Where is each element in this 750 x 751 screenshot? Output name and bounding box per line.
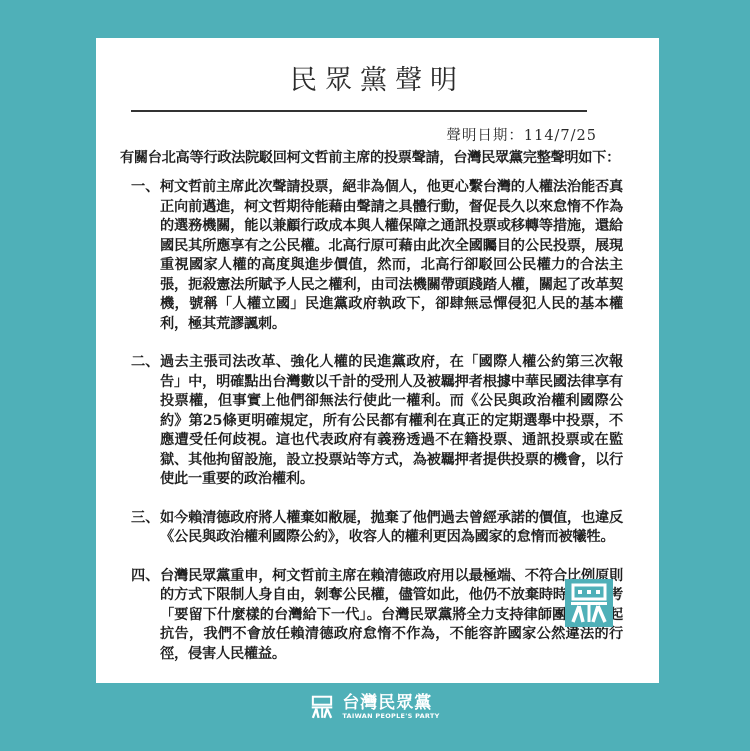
tpp-logo-icon <box>310 695 334 719</box>
item-text: 如今賴清德政府將人權棄如敝屣，拋棄了他們過去曾經承諾的價值，也違反《公民與政治權… <box>160 509 623 548</box>
item-text: 過去主張司法改革、強化人權的民進黨政府，在「國際人權公約第三次報告」中，明確點出… <box>160 353 623 490</box>
party-name-en: TAIWAN PEOPLE'S PARTY <box>342 712 439 720</box>
footer-brand: 台灣民眾黨 TAIWAN PEOPLE'S PARTY <box>0 694 750 720</box>
statement-panel: 民眾黨聲明 聲明日期：114/7/25 有關台北高等行政法院駁回柯文哲前主席的投… <box>96 38 659 683</box>
statement-item: 二、 過去主張司法改革、強化人權的民進黨政府，在「國際人權公約第三次報告」中，明… <box>131 353 623 490</box>
statement-date: 聲明日期：114/7/25 <box>446 124 597 145</box>
title-divider <box>131 110 587 112</box>
party-name-zh: 台灣民眾黨 <box>342 694 439 712</box>
statement-item: 四、 台灣民眾黨重申，柯文哲前主席在賴清德政府用以最極端、不符合比例原則的方式下… <box>131 567 623 665</box>
page-title: 民眾黨聲明 <box>96 58 659 97</box>
item-number: 四、 <box>131 567 160 665</box>
item-text: 柯文哲前主席此次聲請投票，絕非為個人，他更心繫台灣的人權法治能否真正向前邁進，柯… <box>160 178 623 334</box>
statement-intro: 有關台北高等行政法院駁回柯文哲前主席的投票聲請，台灣民眾黨完整聲明如下： <box>120 147 640 167</box>
item-number: 一、 <box>131 178 160 334</box>
item-number: 三、 <box>131 509 160 548</box>
statement-items: 一、 柯文哲前主席此次聲請投票，絕非為個人，他更心繫台灣的人權法治能否真正向前邁… <box>131 178 623 683</box>
item-number: 二、 <box>131 353 160 490</box>
statement-item: 一、 柯文哲前主席此次聲請投票，絕非為個人，他更心繫台灣的人權法治能否真正向前邁… <box>131 178 623 334</box>
item-text: 台灣民眾黨重申，柯文哲前主席在賴清德政府用以最極端、不符合比例原則的方式下限制人… <box>160 567 623 665</box>
tpp-emblem-icon <box>565 579 613 627</box>
statement-item: 三、 如今賴清德政府將人權棄如敝屣，拋棄了他們過去曾經承諾的價值，也違反《公民與… <box>131 509 623 548</box>
